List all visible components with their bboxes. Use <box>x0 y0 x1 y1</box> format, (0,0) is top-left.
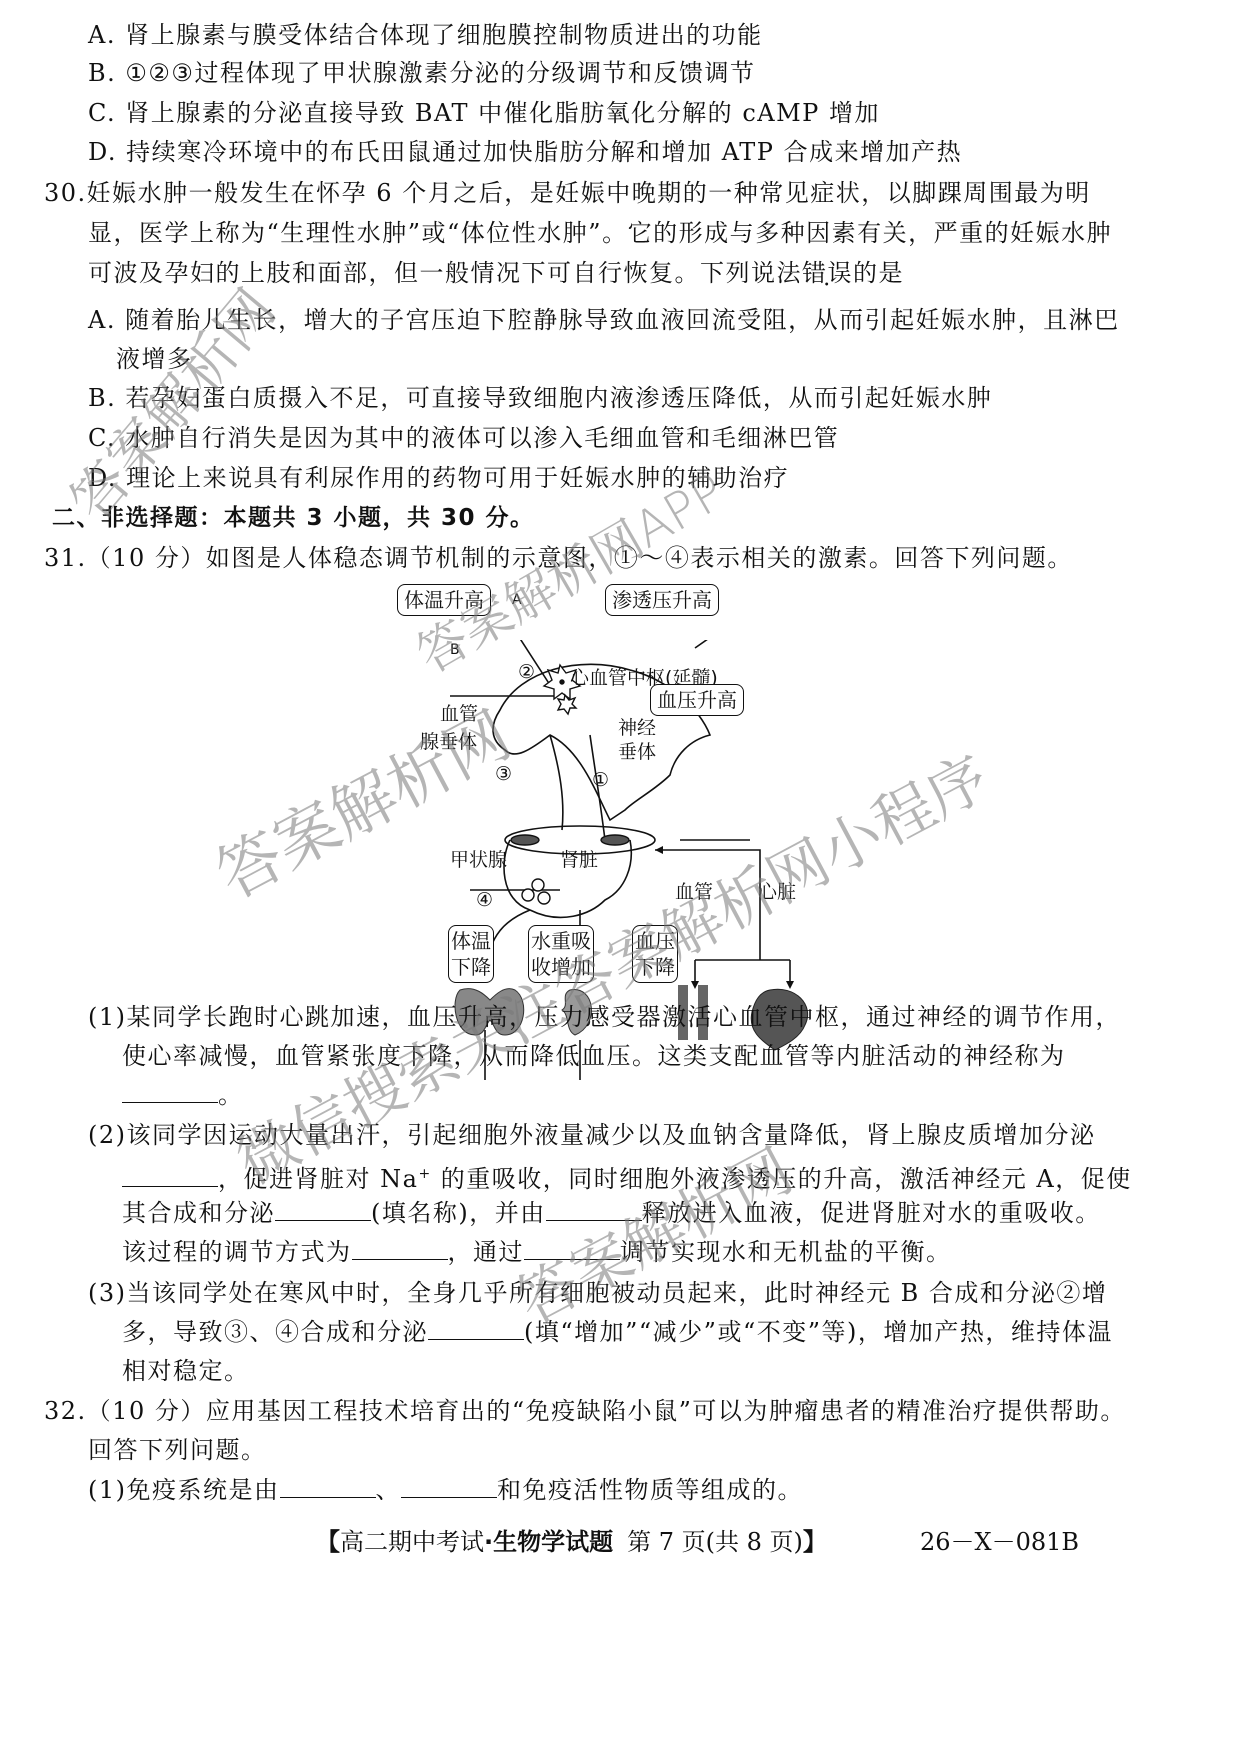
label-vessel: 血管 <box>440 702 478 726</box>
answer-blank[interactable] <box>280 1475 376 1498</box>
q30-stem-line2: 显，医学上称为“生理性水肿”或“体位性水肿”。它的形成与多种因素有关，严重的妊娠… <box>88 218 1112 248</box>
q32-number: 32. <box>44 1397 87 1425</box>
label-neuron-b: B <box>450 638 460 662</box>
q31-sub3-line1: (3)当该同学处在寒风中时，全身几乎所有细胞被动员起来，此时神经元 B 合成和分… <box>88 1278 1107 1308</box>
label-hormone-4: ④ <box>476 888 493 912</box>
page-footer: 【高二期中考试·生物学试题第 7 页(共 8 页)】 <box>316 1522 827 1557</box>
answer-blank[interactable] <box>546 1198 642 1221</box>
label-kidney: 肾脏 <box>560 848 598 872</box>
box-temp-down: 体温 下降 <box>448 925 494 983</box>
q30-number: 30. <box>44 179 87 207</box>
q30-stem-line3: 可波及孕妇的上肢和面部，但一般情况下可自行恢复。下列说法错误的是 <box>88 258 904 288</box>
box-bp-down: 血压 下降 <box>632 925 678 983</box>
label-hormone-2: ② <box>518 660 535 684</box>
label-blood-vessel: 血管 <box>675 880 713 904</box>
label-hormone-1: ① <box>592 768 609 792</box>
box-water-reabsorb: 水重吸 收增加 <box>528 925 594 983</box>
q31-sub1-line1: (1)某同学长跑时心跳加速，血压升高，压力感受器激活心血管中枢，通过神经的调节作… <box>88 1002 1121 1032</box>
q31-sub2-line2: ，促进肾脏对 Na+ 的重吸收，同时细胞外液渗透压的升高，激活神经元 A，促使 <box>122 1159 1132 1194</box>
emphasis-wrong: 错误 <box>802 259 853 287</box>
q31-sub3-line2: 多，导致③、④合成和分泌(填“增加”“减少”或“不变”等)，增加产热，维持体温 <box>122 1317 1113 1347</box>
q32-stem-line2: 回答下列问题。 <box>88 1435 267 1465</box>
label-heart: 心脏 <box>758 880 796 904</box>
answer-blank[interactable] <box>122 1080 218 1103</box>
q30-option-c: C. 水肿自行消失是因为其中的液体可以渗入毛细血管和毛细淋巴管 <box>88 423 839 453</box>
q31-sub1-line3: 。 <box>122 1080 244 1110</box>
q30-option-a-line1: A. 随着胎儿生长，增大的子宫压迫下腔静脉导致血液回流受阻，从而引起妊娠水肿，且… <box>88 305 1120 335</box>
q29-option-c: C. 肾上腺素的分泌直接导致 BAT 中催化脂肪氧化分解的 cAMP 增加 <box>88 98 880 128</box>
q31-sub2-line1: (2)该同学因运动大量出汗，引起细胞外液量减少以及血钠含量降低，肾上腺皮质增加分… <box>88 1120 1096 1150</box>
label-neurohypophysis-1: 神经 <box>618 716 656 740</box>
q29-option-a: A. 肾上腺素与膜受体结合体现了细胞膜控制物质进出的功能 <box>88 20 763 50</box>
footer-code: 26－X－081B <box>920 1522 1079 1557</box>
answer-blank[interactable] <box>428 1317 524 1340</box>
watermark-text: 答案解析网 <box>500 1124 805 1341</box>
footer-page-info: 第 7 页(共 8 页) <box>627 1528 803 1556</box>
q30-option-d: D. 理论上来说具有利尿作用的药物可用于妊娠水肿的辅助治疗 <box>88 463 789 493</box>
q29-option-b: B. ①②③过程体现了甲状腺激素分泌的分级调节和反馈调节 <box>88 58 755 88</box>
q30-stem-line1: 30.妊娠水肿一般发生在怀孕 6 个月之后，是妊娠中晚期的一种常见症状，以脚踝周… <box>44 178 1091 208</box>
q31-number: 31. <box>44 544 87 572</box>
answer-blank[interactable] <box>122 1164 218 1187</box>
q32-sub1: (1)免疫系统是由、和免疫活性物质等组成的。 <box>88 1475 803 1505</box>
q32-stem-line1: 32.（10 分）应用基因工程技术培育出的“免疫缺陷小鼠”可以为肿瘤患者的精准治… <box>44 1396 1126 1426</box>
q31-stem: 31.（10 分）如图是人体稳态调节机制的示意图，①～④表示相关的激素。回答下列… <box>44 543 1073 573</box>
q30-option-b: B. 若孕妇蛋白质摄入不足，可直接导致细胞内液渗透压降低，从而引起妊娠水肿 <box>88 383 992 413</box>
box-body-temp-up: 体温升高 <box>397 584 491 616</box>
exam-page: A. 肾上腺素与膜受体结合体现了细胞膜控制物质进出的功能 B. ①②③过程体现了… <box>0 0 1240 1760</box>
q31-sub2-line3: 其合成和分泌(填名称)，并由释放进入血液，促进肾脏对水的重吸收。 <box>122 1198 1101 1228</box>
q31-sub2-line4: 该过程的调节方式为，通过调节实现水和无机盐的平衡。 <box>122 1237 952 1267</box>
footer-exam-name: 高二期中考试 <box>340 1528 484 1556</box>
q31-sub1-line2: 使心率减慢，血管紧张度下降，从而降低血压。这类支配血管等内脏活动的神经称为 <box>122 1041 1066 1071</box>
q31-sub3-line3: 相对稳定。 <box>122 1356 250 1386</box>
answer-blank[interactable] <box>401 1475 497 1498</box>
box-bp-up: 血压升高 <box>650 684 744 716</box>
q30-option-a-line2: 液增多 <box>116 344 193 374</box>
answer-blank[interactable] <box>352 1237 448 1260</box>
box-osmotic-up: 渗透压升高 <box>605 584 719 616</box>
footer-subject: 生物学试题 <box>493 1528 613 1556</box>
label-neuron-a: A <box>512 588 522 612</box>
section2-title: 二、非选择题：本题共 3 小题，共 30 分。 <box>52 503 535 533</box>
label-adenohypophysis: 腺垂体 <box>420 730 477 754</box>
label-hormone-3: ③ <box>495 762 512 786</box>
answer-blank[interactable] <box>275 1198 371 1221</box>
answer-blank[interactable] <box>524 1237 620 1260</box>
label-thyroid: 甲状腺 <box>450 848 507 872</box>
q29-option-d: D. 持续寒冷环境中的布氏田鼠通过加快脂肪分解和增加 ATP 合成来增加产热 <box>88 137 962 167</box>
label-neurohypophysis-2: 垂体 <box>618 740 656 764</box>
